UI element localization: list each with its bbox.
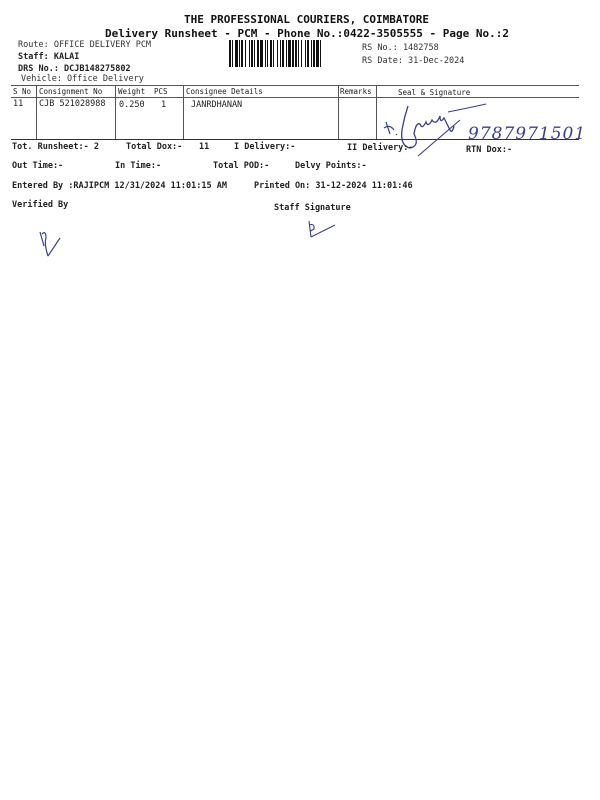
route-label: Route: OFFICE DELIVERY PCM [18, 40, 151, 50]
cell-sno: 11 [13, 99, 23, 109]
company-title: THE PROFESSIONAL COURIERS, COIMBATORE [184, 13, 429, 26]
staff-signature-initials [305, 219, 339, 241]
barcode-icon [229, 40, 355, 67]
col-header-sno: S No [13, 87, 31, 96]
drs-number: DRS No.: DCJB148275802 [18, 64, 131, 74]
col-header-consignee: Consignee Details [186, 87, 263, 96]
entered-by: Entered By :RAJIPCM 12/31/2024 11:01:15 … [12, 181, 227, 191]
in-time: In Time:- [115, 161, 161, 171]
rs-number: RS No.: 1482758 [362, 43, 439, 53]
svg-text:9787971501: 9787971501 [468, 124, 586, 144]
cell-consignment-no: CJB 521028988 [39, 99, 106, 109]
col-header-consignment: Consignment No [39, 87, 102, 96]
verified-by-initials [36, 228, 66, 262]
total-dox-label: Total Dox:- [126, 142, 182, 152]
cell-weight: 0.250 [119, 100, 145, 110]
staff-signature-label: Staff Signature [274, 203, 351, 213]
verified-by-label: Verified By [12, 200, 68, 210]
total-pod: Total POD:- [213, 161, 269, 171]
rs-date: RS Date: 31-Dec-2024 [362, 56, 464, 66]
printed-on: Printed On: 31-12-2024 11:01:46 [254, 181, 413, 191]
cell-pcs: 1 [161, 100, 166, 110]
col-header-weight: Weight [118, 87, 145, 96]
col-header-remarks: Remarks [340, 87, 372, 96]
col-header-pcs: PCS [154, 87, 168, 96]
handwritten-phone: 9787971501 [466, 118, 586, 144]
delvy-points: Delvy Points:- [295, 161, 367, 171]
col-header-seal-signature: Seal & Signature [398, 88, 470, 97]
vehicle-label: Vehicle: Office Delivery [21, 74, 144, 84]
total-dox-value: 11 [199, 142, 209, 152]
rtn-dox: RTN Dox:- [466, 145, 512, 155]
runsheet-title: Delivery Runsheet - PCM - Phone No.:0422… [105, 27, 509, 40]
i-delivery: I Delivery:- [234, 142, 295, 152]
total-runsheet: Tot. Runsheet:- 2 [12, 142, 99, 152]
staff-label: Staff: KALAI [18, 52, 79, 62]
cell-consignee: JANRDHANAN [191, 100, 242, 110]
out-time: Out Time:- [12, 161, 63, 171]
ii-delivery: II Delivery:- [347, 143, 414, 153]
